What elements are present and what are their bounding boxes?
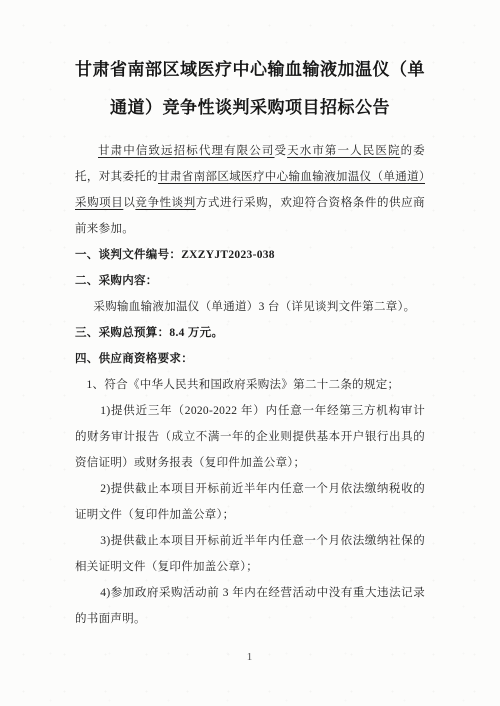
document-page: 甘肃省南部区域医疗中心输血输液加温仪（单通道）竞争性谈判采购项目招标公告 甘肃中… <box>0 0 500 706</box>
underlined-text-run: 竞争性谈判 <box>135 197 195 209</box>
underlined-text-run: 天水市第一人民医院 <box>287 145 400 157</box>
underlined-text-run: 甘肃中信致远招标代理有限公司 <box>98 145 275 157</box>
section-1-heading: 一、谈判文件编号：ZXZYJT2023-038 <box>75 242 425 268</box>
intro-paragraph: 甘肃中信致远招标代理有限公司受天水市第一人民医院的委托，对其委托的甘肃省南部区域… <box>75 138 425 242</box>
page-title: 甘肃省南部区域医疗中心输血输液加温仪（单通道）竞争性谈判采购项目招标公告 <box>75 51 425 127</box>
text-run: 以 <box>123 197 135 209</box>
qualification-subitem-2: 2)提供截止本项目开标前近半年内任意一个月依法缴纳税收的证明文件（复印件加盖公章… <box>75 476 425 528</box>
section-2-heading: 二、采购内容： <box>75 268 425 294</box>
page-number: 1 <box>0 650 500 664</box>
qualification-subitem-4: 4)参加政府采购活动前 3 年内在经营活动中没有重大违法记录的书面声明。 <box>75 580 425 632</box>
section-3-heading: 三、采购总预算：8.4 万元。 <box>75 320 425 346</box>
qualification-item-1: 1、符合《中华人民共和国政府采购法》第二十二条的规定； <box>75 372 425 398</box>
section-2-body: 采购输血输液加温仪（单通道）3 台（详见谈判文件第二章）。 <box>75 294 425 320</box>
section-4-heading: 四、供应商资格要求： <box>75 346 425 372</box>
text-run: 受 <box>275 145 288 157</box>
qualification-subitem-1: 1)提供近三年（2020-2022 年）内任意一年经第三方机构审计的财务审计报告… <box>75 398 425 476</box>
qualification-subitem-3: 3)提供截止本项目开标前近半年内任意一个月依法缴纳社保的相关证明文件（复印件加盖… <box>75 528 425 580</box>
